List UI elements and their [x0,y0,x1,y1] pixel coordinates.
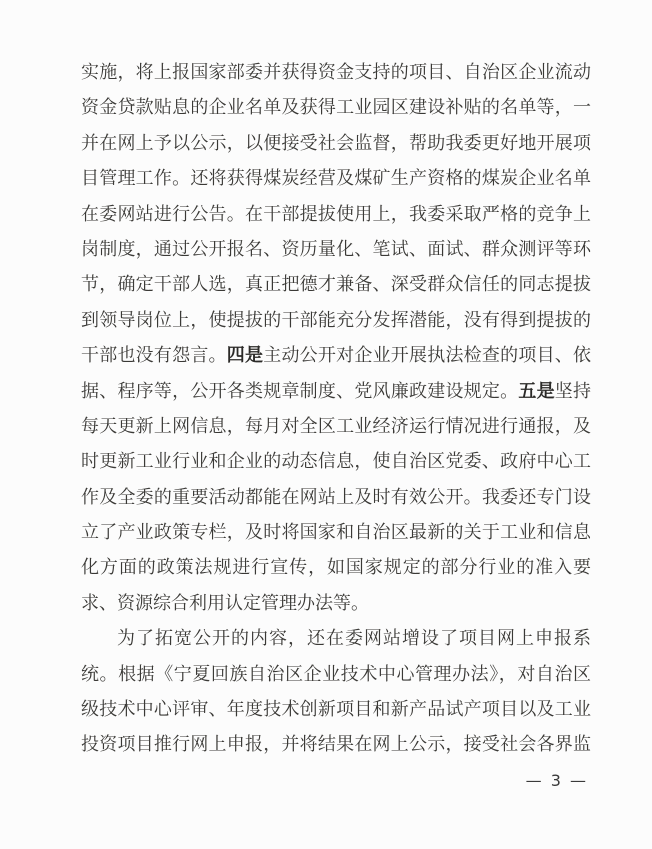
bold-marker: 四是 [227,345,263,365]
paragraph: 实施，将上报国家部委并获得资金支持的项目、自治区企业流动资金贷款贴息的企业名单及… [81,55,591,621]
text-line: 并在网上予以公示，以便接受社会监督，帮助我委更好地开展项 [81,126,591,161]
text-line: 实施，将上报国家部委并获得资金支持的项目、自治区企业流动 [81,55,591,90]
text-line: 干部也没有怨言。四是主动公开对企业开展执法检查的项目、依 [81,338,591,373]
page-number: — 3 — [526,771,588,790]
document-page: 实施，将上报国家部委并获得资金支持的项目、自治区企业流动资金贷款贴息的企业名单及… [0,0,652,849]
text-line: 在委网站进行公告。在干部提拔使用上，我委采取严格的竞争上 [81,197,591,232]
text-line: 资金贷款贴息的企业名单及获得工业园区建设补贴的名单等，一 [81,90,591,125]
text-line: 到领导岗位上，使提拔的干部能充分发挥潜能，没有得到提拔的 [81,303,591,338]
text-line: 级技术中心评审、年度技术创新项目和新产品试产项目以及工业 [81,692,591,727]
text-line: 据、程序等，公开各类规章制度、党风廉政建设规定。五是坚持 [81,374,591,409]
bold-marker: 五是 [518,381,554,401]
text-line: 投资项目推行网上申报，并将结果在网上公示，接受社会各界监 [81,727,591,762]
text-line: 统。根据《宁夏回族自治区企业技术中心管理办法》，对自治区 [81,657,591,692]
text-line: 求、资源综合利用认定管理办法等。 [81,586,591,621]
text-line: 每天更新上网信息，每月对全区工业经济运行情况进行通报，及 [81,409,591,444]
text-line: 为了拓宽公开的内容，还在委网站增设了项目网上申报系 [81,621,591,656]
text-line: 岗制度，通过公开报名、资历量化、笔试、面试、群众测评等环 [81,232,591,267]
text-line: 目管理工作。还将获得煤炭经营及煤矿生产资格的煤炭企业名单 [81,161,591,196]
text-line: 节，确定干部人选，真正把德才兼备、深受群众信任的同志提拔 [81,267,591,302]
document-body: 实施，将上报国家部委并获得资金支持的项目、自治区企业流动资金贷款贴息的企业名单及… [81,55,591,763]
text-line: 立了产业政策专栏，及时将国家和自治区最新的关于工业和信息 [81,515,591,550]
text-line: 化方面的政策法规进行宣传，如国家规定的部分行业的准入要 [81,550,591,585]
paragraph: 为了拓宽公开的内容，还在委网站增设了项目网上申报系统。根据《宁夏回族自治区企业技… [81,621,591,763]
text-line: 作及全委的重要活动都能在网站上及时有效公开。我委还专门设 [81,480,591,515]
text-line: 时更新工业行业和企业的动态信息，使自治区党委、政府中心工 [81,444,591,479]
